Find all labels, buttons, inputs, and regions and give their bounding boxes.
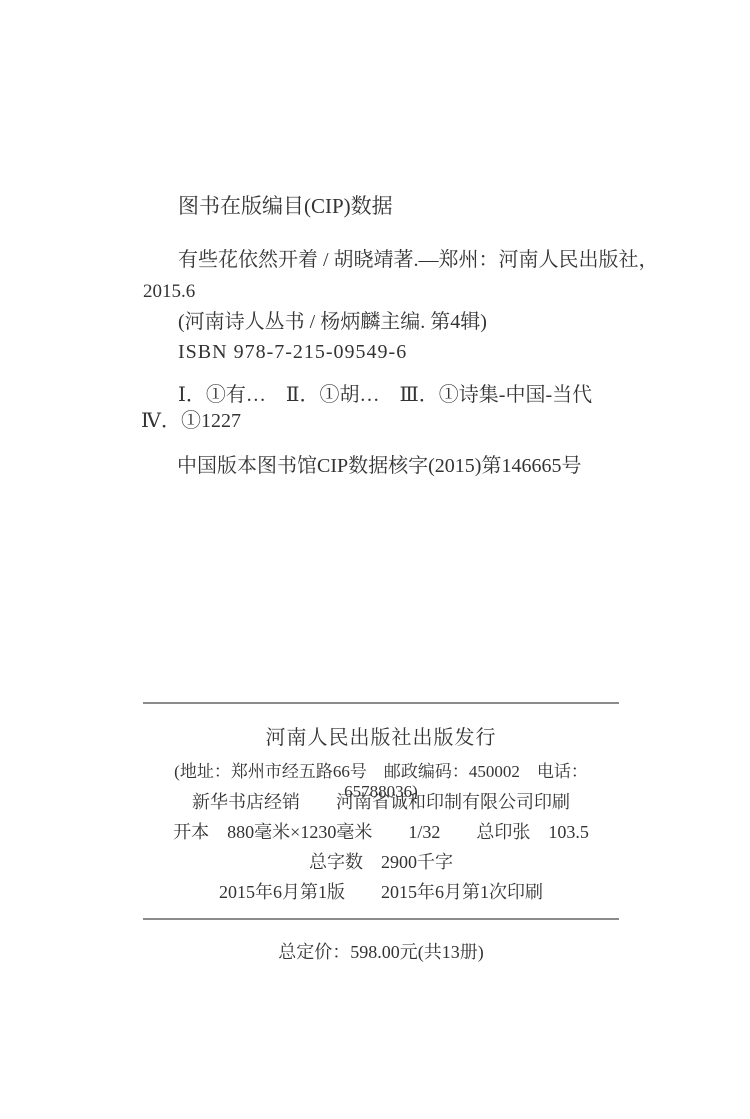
- word-count-line: 总字数 2900千字: [143, 852, 619, 873]
- cip-header: 图书在版编目(CIP)数据: [178, 194, 393, 218]
- top-divider-rule: [143, 702, 619, 704]
- cip-entry-line-2: 2015.6: [143, 281, 195, 303]
- format-line: 开本 880毫米×1230毫米 1/32 总印张 103.5: [143, 822, 619, 843]
- price-line: 总定价：598.00元(共13册): [143, 942, 619, 963]
- bottom-divider-rule: [143, 918, 619, 920]
- publisher-line: 河南人民出版社出版发行: [143, 727, 619, 750]
- cip-record-number: 中国版本图书馆CIP数据核字(2015)第146665号: [177, 455, 581, 478]
- copyright-page: 图书在版编目(CIP)数据 有些花依然开着 / 胡晓靖著.––郑州：河南人民出版…: [0, 0, 750, 1119]
- cip-entry-line-1: 有些花依然开着 / 胡晓靖著.––郑州：河南人民出版社，: [178, 249, 659, 272]
- series-note: (河南诗人丛书 / 杨炳麟主编. 第4辑): [178, 311, 487, 334]
- edition-line: 2015年6月第1版 2015年6月第1次印刷: [143, 882, 619, 903]
- classification-line-1: Ⅰ．①有… Ⅱ．①胡… Ⅲ．①诗集-中国-当代: [178, 384, 592, 407]
- isbn-number: ISBN 978-7-215-09549-6: [178, 341, 407, 364]
- classification-line-2: Ⅳ．①1227: [141, 410, 241, 433]
- distribution-line: 新华书店经销 河南省诚和印制有限公司印刷: [143, 792, 619, 813]
